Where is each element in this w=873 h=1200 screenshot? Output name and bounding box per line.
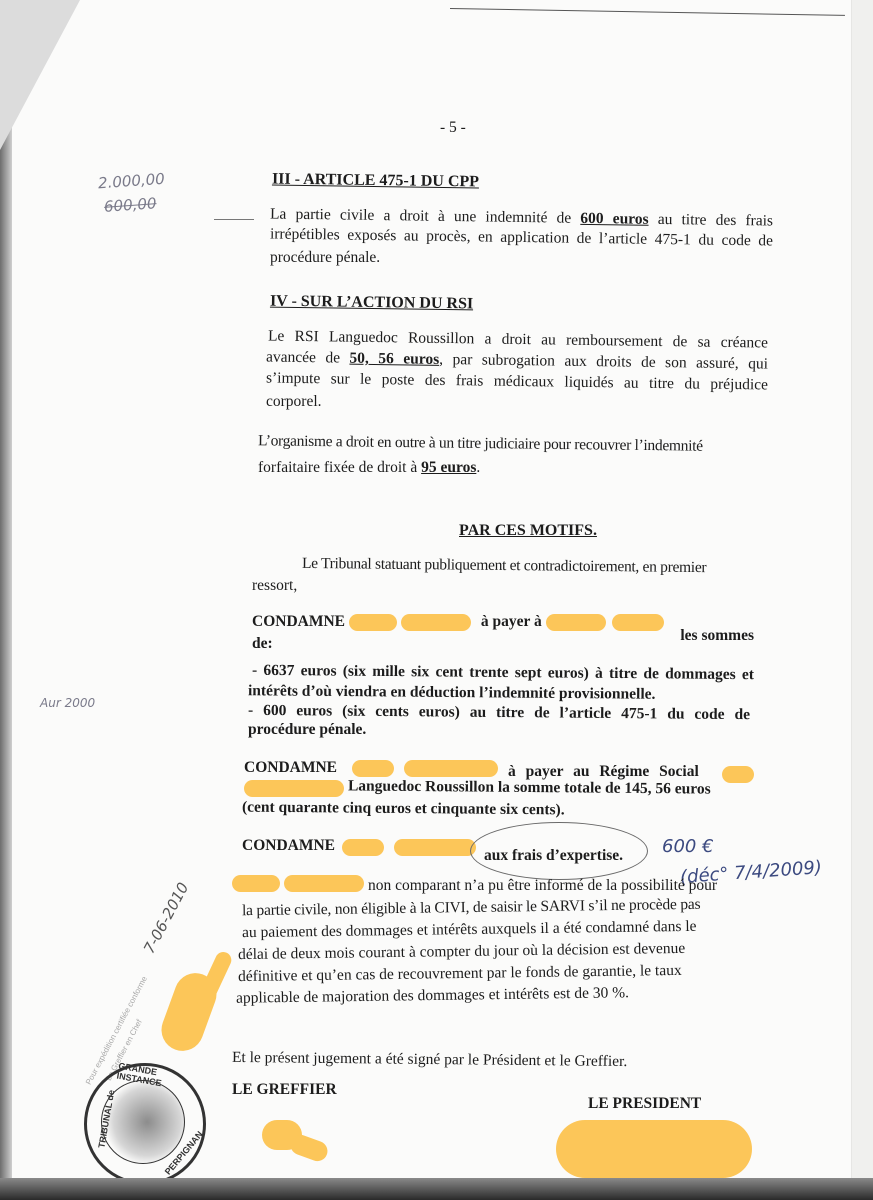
redacted-name: [394, 839, 476, 856]
redacted-name: [232, 875, 280, 892]
motifs-heading: PAR CES MOTIFS.: [459, 522, 597, 540]
condamne-2-line-2: Languedoc Roussillon la somme totale de …: [348, 776, 711, 799]
scan-bottom-edge: [0, 1178, 873, 1200]
redacted-name: [342, 839, 384, 856]
redacted-text: [722, 766, 754, 783]
redacted-name: [404, 760, 498, 777]
section-4-para2-line-2: forfaitaire fixée de droit à 95 euros.: [258, 458, 480, 478]
redacted-name: [352, 760, 394, 777]
expertise-amount-annotation: 600 €: [662, 836, 714, 857]
scan-edge-shadow: [0, 0, 12, 1200]
forfait-amount: 95 euros: [421, 459, 476, 476]
redacted-president-signature: [556, 1120, 752, 1178]
scan-right-edge: [851, 0, 873, 1178]
condamne-1-line-2: de:: [252, 634, 273, 654]
margin-note-annotation: Aur 2000: [40, 696, 95, 710]
redacted-name: [401, 614, 471, 631]
margin-dash: [214, 219, 254, 220]
redacted-name: [612, 614, 664, 631]
condamne-2-line-3: (cent quarante cinq euros et cinquante s…: [242, 798, 565, 821]
section-3-heading: III - ARTICLE 475-1 DU CPP: [272, 171, 479, 192]
rsi-amount: 50, 56 euros: [349, 350, 439, 368]
motifs-intro-line-2: ressort,: [252, 576, 297, 596]
sarvi-line-1: non comparant n’a pu être informé de la …: [368, 876, 717, 896]
greffier-label: LE GREFFIER: [232, 1080, 337, 1100]
section-4-line-4: corporel.: [266, 392, 322, 412]
redacted-name: [284, 875, 364, 892]
condamne-2-label: CONDAMNE: [244, 758, 337, 778]
closing-sentence: Et le présent jugement a été signé par l…: [232, 1048, 627, 1072]
margin-struck-annotation: 600,00: [103, 194, 157, 216]
condamne-1-line-1: CONDAMNE à payer à les sommes: [252, 612, 754, 632]
redacted-name: [349, 614, 397, 631]
president-label: LE PRESIDENT: [588, 1094, 701, 1114]
condamne-3-label: CONDAMNE: [242, 836, 335, 856]
redacted-text: [244, 780, 344, 797]
redacted-name: [546, 614, 606, 631]
folded-corner: [0, 0, 80, 150]
motifs-intro-line-1: Le Tribunal statuant publiquement et con…: [302, 554, 706, 578]
page-number: - 5 -: [440, 118, 466, 138]
condamne-1-item-2-cont: procédure pénale.: [248, 720, 366, 740]
section-4-heading: IV - SUR L’ACTION DU RSI: [270, 293, 473, 314]
condamne-3-end: aux frais d’expertise.: [484, 846, 623, 866]
indemnity-amount: 600 euros: [580, 210, 649, 228]
section-3-line-3: procédure pénale.: [270, 248, 380, 268]
court-stamp: GRANDE INSTANCE TRIBUNAL de PERPIGNAN: [84, 1063, 206, 1185]
